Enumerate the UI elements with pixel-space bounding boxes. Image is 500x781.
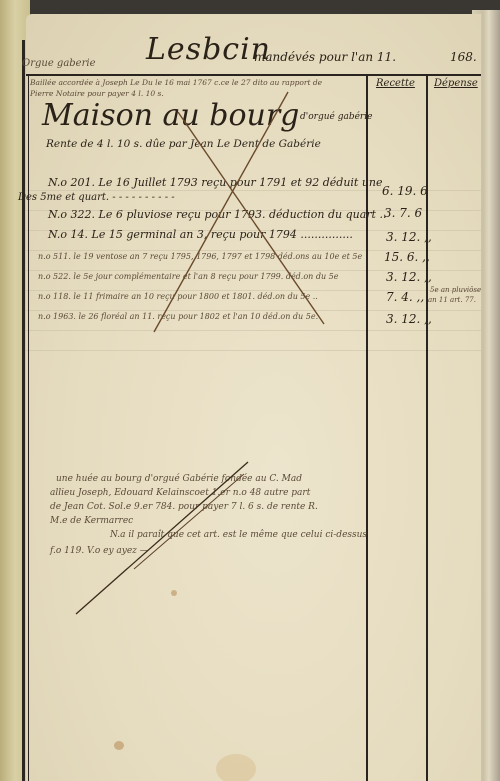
expense-note-line-1: 5e an pluviôse <box>430 286 481 294</box>
expense-note-line-2: an 11 art. 77. <box>428 296 476 304</box>
lower-note-line-5: N.a il paraît que cet art. est le même q… <box>110 530 367 540</box>
entry-amount: 7. 4. ,, <box>386 290 424 304</box>
entry-row: n.o 511. le 19 ventose an 7 reçu 1795, 1… <box>38 252 362 261</box>
top-note-line-1: Baillée accordée à Joseph Le Du le 16 ma… <box>30 78 322 87</box>
entry-row: n.o 522. le 5e jour complémentaire et l'… <box>38 272 339 281</box>
folio-number: 168. <box>450 50 477 64</box>
entry-amount: 3. 12. ,, <box>386 312 432 326</box>
entry-amount: 3. 12. ,, <box>386 230 432 244</box>
page-gutter-edge <box>22 40 25 781</box>
header-margin-note: Orgue gaberie <box>22 58 96 69</box>
lower-note-line-4: M.e de Kermarrec <box>50 516 133 526</box>
entry-amount: 3. 7. 6 <box>384 206 422 220</box>
top-note-line-2: Pierre Notaire pour payer 4 l. 10 s. <box>30 89 164 98</box>
entry-row: n.o 1963. le 26 floréal an 11. reçu pour… <box>38 312 318 321</box>
entry-subheading: Rente de 4 l. 10 s. dûe par Jean Le Dent… <box>46 138 321 150</box>
entry-row: N.o 201. Le 16 Juillet 1793 reçu pour 17… <box>48 176 383 189</box>
entry-amount: 6. 19. 6 <box>382 184 428 198</box>
entry-row: N.o 14. Le 15 germinal an 3, reçu pour 1… <box>48 228 353 241</box>
ledger-page: Orgue gaberie Lesbcin mandévés pour l'an… <box>26 14 481 781</box>
header-title: Lesbcin <box>146 32 271 67</box>
lower-note-line-2: allieu Joseph, Edouard Kelainscoet 1.er … <box>50 488 310 498</box>
entry-amount: 3. 12. ,, <box>386 270 432 284</box>
paper-stain <box>114 741 124 750</box>
column-line-expenses-left <box>426 76 428 781</box>
entry-heading: Maison au bourg <box>42 98 299 133</box>
entry-row: n.o 118. le 11 frimaire an 10 reçu pour … <box>38 292 318 301</box>
lower-note-line-1: une huée au bourg d'orgué Gabérie fondée… <box>56 474 302 484</box>
header-rule <box>26 74 481 76</box>
entry-row: Des 5me et quart. - - - - - - - - - - <box>18 192 175 203</box>
paper-stain <box>216 754 256 781</box>
header-subtitle: mandévés pour l'an 11. <box>254 50 396 64</box>
entry-heading-suffix: d'orgué gabérie <box>300 112 372 122</box>
paper-stain <box>171 590 177 596</box>
lower-note-line-3: de Jean Cot. Sol.e 9.er 784. pour payer … <box>50 502 318 512</box>
lower-note-line-6: f.o 119. V.o ey ayez — <box>50 546 149 556</box>
entry-amount: 15. 6. ,, <box>384 250 430 264</box>
column-header-receipts: Recette <box>376 78 415 89</box>
column-header-expenses: Dépense <box>434 78 478 89</box>
margin-line-left <box>28 76 29 781</box>
entry-row: N.o 322. Le 6 pluviose reçu pour 1793. d… <box>48 208 386 221</box>
